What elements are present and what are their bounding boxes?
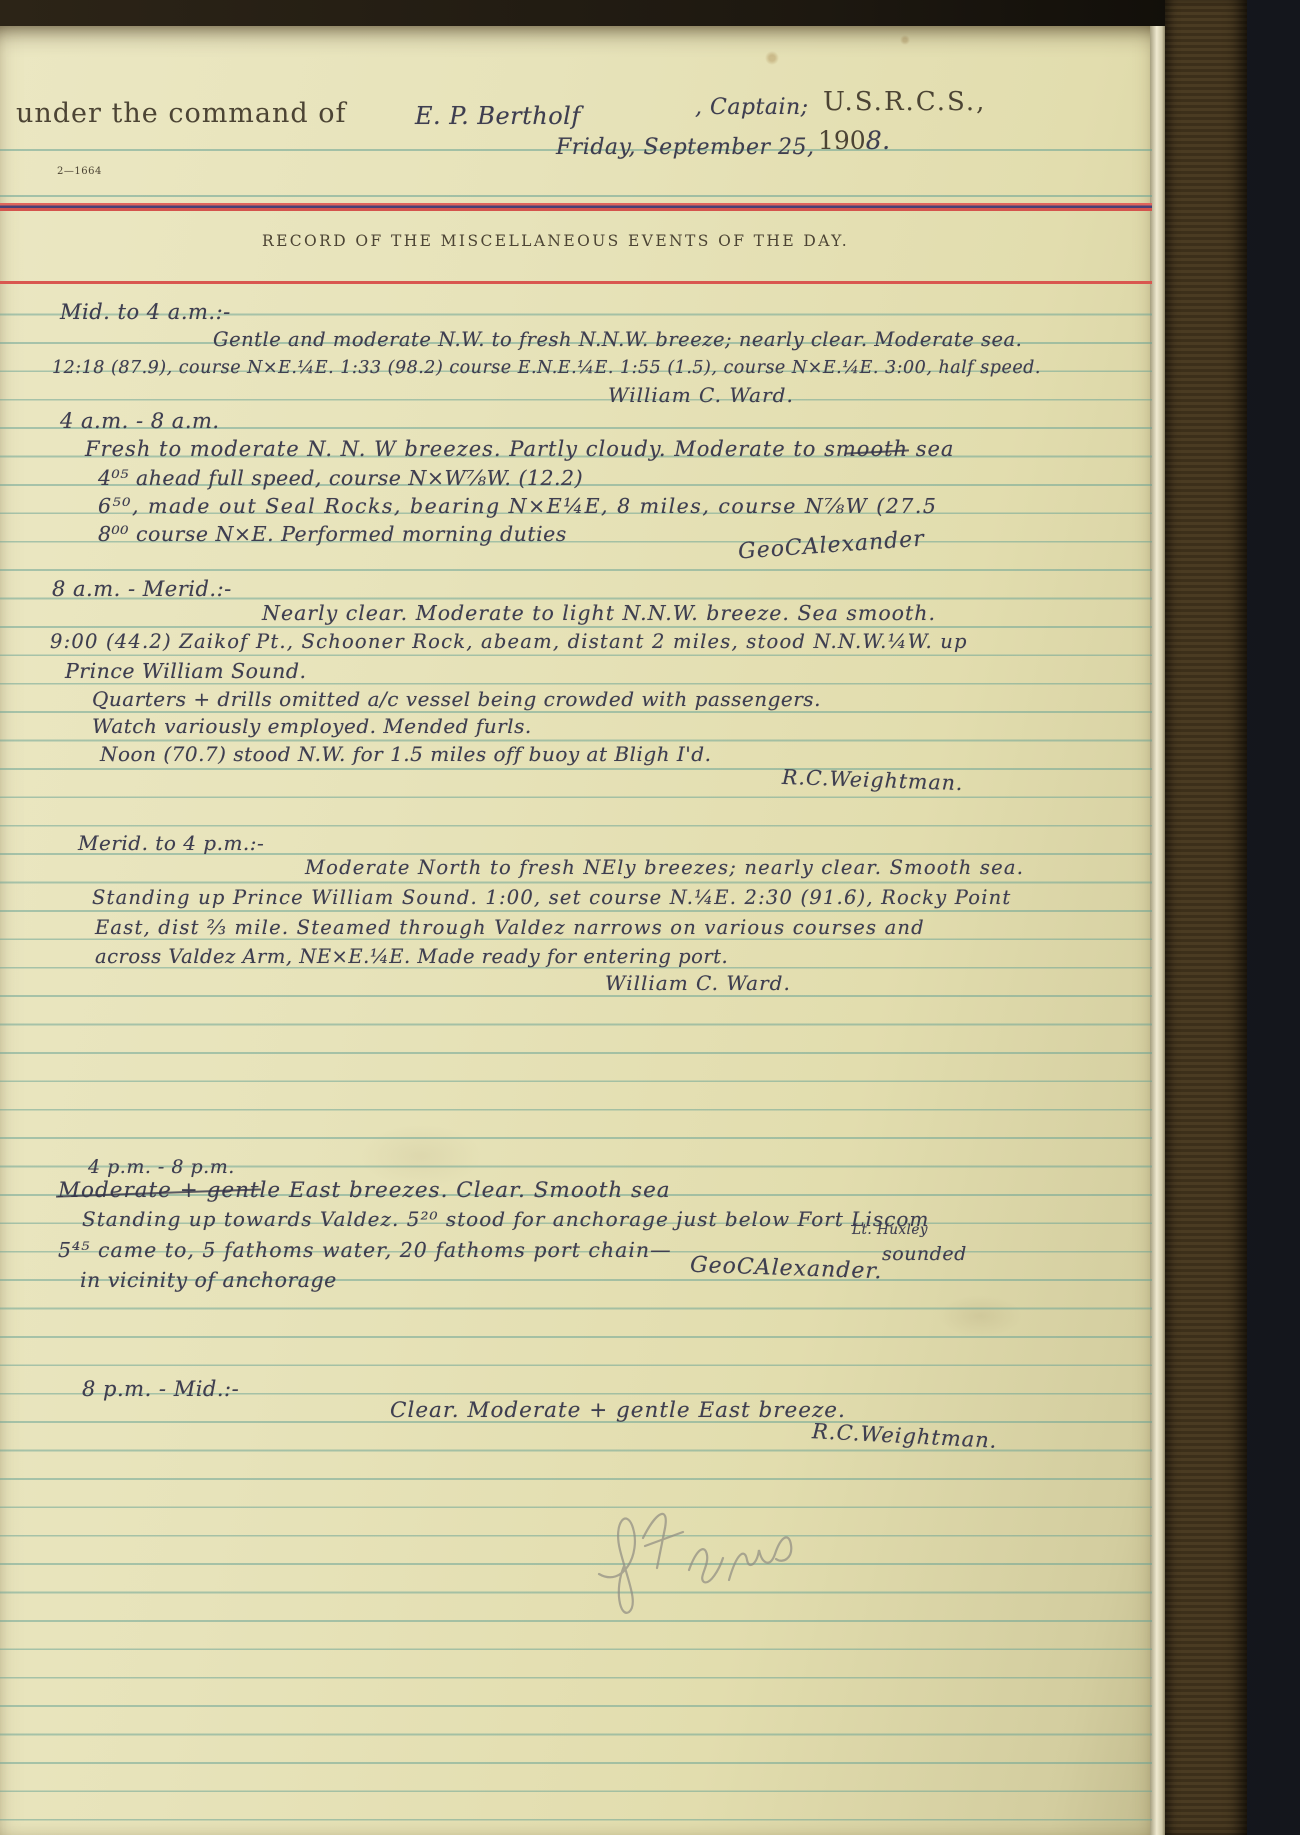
entry-heading: Mid. to 4 a.m.:-: [60, 300, 231, 324]
inserted-word: sounded: [882, 1243, 967, 1265]
entry-line: 5⁴⁵ came to, 5 fathoms water, 20 fathoms…: [58, 1238, 672, 1262]
ruled-lines: [0, 287, 1152, 1835]
entry-line: Prince William Sound.: [65, 659, 307, 683]
entry-line: 12:18 (87.9), course N×E.¼E. 1:33 (98.2)…: [52, 358, 1041, 378]
entry-line: Moderate + gentle East breezes. Clear. S…: [58, 1178, 671, 1203]
entry-line: East, dist ⅔ mile. Steamed through Valde…: [95, 916, 925, 939]
entry-line: Nearly clear. Moderate to light N.N.W. b…: [262, 601, 936, 625]
entry-line: 4⁰⁵ ahead full speed, course N×W⅞W. (12.…: [98, 466, 583, 490]
commander-title: , Captain;: [695, 95, 809, 120]
pencil-scribble: [585, 1492, 815, 1622]
service-abbreviation: U.S.R.C.S.,: [823, 87, 986, 117]
entry-line: in vicinity of anchorage: [80, 1268, 337, 1292]
printed-command-prefix: under the command of: [16, 98, 347, 129]
entry-heading: 4 p.m. - 8 p.m.: [88, 1156, 235, 1178]
entry-line: Fresh to moderate N. N. W breezes. Partl…: [85, 437, 954, 461]
year-printed: 190: [818, 126, 866, 155]
date-line: Friday, September 25,: [556, 135, 815, 160]
commander-name: E. P. Bertholf: [415, 102, 581, 130]
entry-line: Noon (70.7) stood N.W. for 1.5 miles off…: [100, 742, 711, 766]
page-stack-edge: [1150, 26, 1165, 1835]
entry-heading: 8 p.m. - Mid.:-: [82, 1377, 239, 1401]
entry-heading: 4 a.m. - 8 a.m.: [60, 409, 220, 433]
entry-line: Standing up towards Valdez. 5²⁰ stood fo…: [82, 1207, 929, 1231]
entry-line: Standing up Prince William Sound. 1:00, …: [92, 886, 1011, 909]
officer-signature: William C. Ward.: [605, 971, 791, 995]
entry-line: Clear. Moderate + gentle East breeze.: [390, 1398, 846, 1423]
single-red-rule: [0, 281, 1152, 284]
entry-line: 8⁰⁰ course N×E. Performed morning duties: [98, 522, 567, 546]
book-binding: [1165, 0, 1247, 1835]
officer-signature: William C. Ward.: [608, 383, 794, 407]
form-number: 2—1664: [57, 166, 102, 177]
entry-line: Watch variously employed. Mended furls.: [92, 714, 532, 738]
entry-line: Quarters + drills omitted a/c vessel bei…: [92, 687, 821, 711]
inserted-note: Lt. Huxley: [852, 1222, 928, 1238]
book-top-edge: [0, 0, 1175, 27]
entry-line: Moderate North to fresh NEly breezes; ne…: [305, 856, 1024, 879]
double-red-rule: [0, 203, 1152, 211]
year: 1908.: [818, 126, 891, 155]
page-title: RECORD OF THE MISCELLANEOUS EVENTS OF TH…: [262, 232, 849, 250]
entry-line: 9:00 (44.2) Zaikof Pt., Schooner Rock, a…: [50, 630, 968, 653]
entry-line: 6⁵⁰, made out Seal Rocks, bearing N×E¼E,…: [98, 494, 937, 518]
entry-heading: Merid. to 4 p.m.:-: [78, 831, 264, 855]
year-written: 8.: [866, 126, 891, 155]
entry-heading: 8 a.m. - Merid.:-: [52, 577, 232, 601]
entry-line: Gentle and moderate N.W. to fresh N.N.W.…: [213, 328, 1022, 351]
header-rule-line: [0, 195, 1152, 197]
entry-line: across Valdez Arm, NE×E.¼E. Made ready f…: [95, 945, 728, 968]
logbook-page-scan: under the command of E. P. Bertholf , Ca…: [0, 0, 1300, 1835]
